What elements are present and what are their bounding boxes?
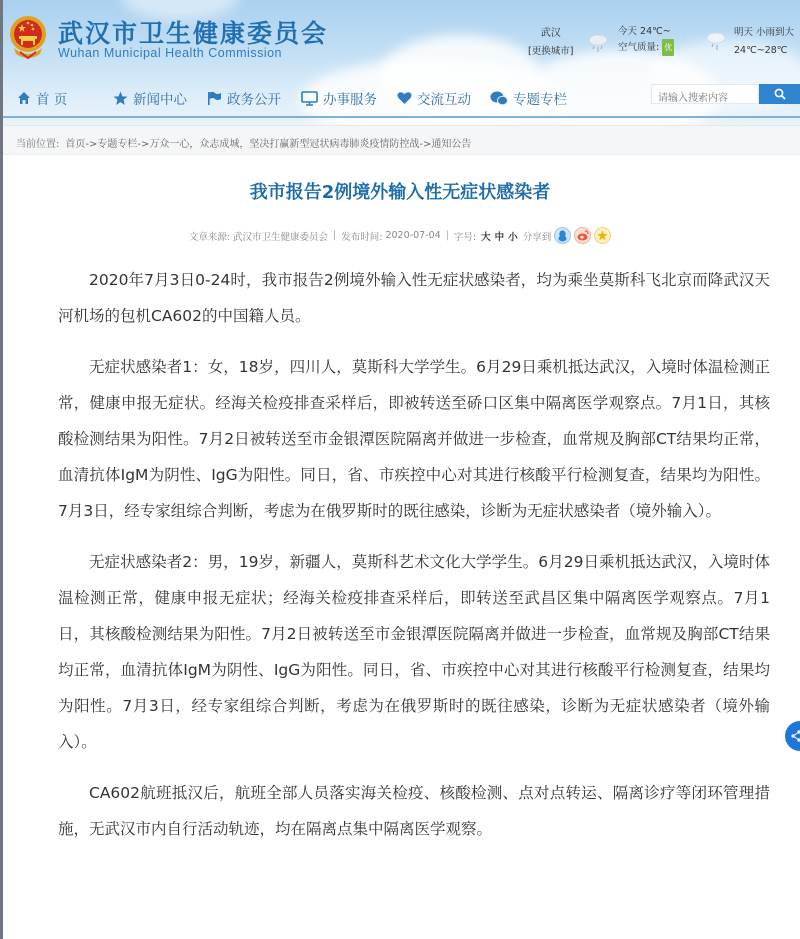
weather-today: 今天 24℃~ 空气质量: 优 xyxy=(618,24,674,56)
home-icon xyxy=(17,91,31,105)
window-left-border xyxy=(0,0,3,939)
qzone-star-icon xyxy=(597,230,608,241)
today-temp: 24℃~ xyxy=(640,26,671,37)
breadcrumb-separator: -> xyxy=(137,139,149,150)
search-input[interactable]: 请输入搜索内容 xyxy=(651,84,759,104)
weather-tomorrow: 明天 小雨到大 24℃~28℃ xyxy=(734,24,794,60)
article-body: 2020年7月3日0-24时，我市报告2例境外输入性无症状感染者，均为乘坐莫斯科… xyxy=(58,262,770,862)
article-paragraph: 2020年7月3日0-24时，我市报告2例境外输入性无症状感染者，均为乘坐莫斯科… xyxy=(58,262,770,334)
nav-label: 交流互动 xyxy=(417,88,471,108)
search-icon xyxy=(774,88,786,100)
chat-bubbles-icon xyxy=(490,91,508,106)
search-button[interactable] xyxy=(759,84,800,104)
font-size-medium-button[interactable]: 中 xyxy=(495,229,505,243)
tomorrow-weather: 小雨到大 xyxy=(756,27,794,38)
national-emblem-icon xyxy=(8,14,48,62)
font-size-label: 字号: xyxy=(454,229,476,243)
breadcrumb-special-topics[interactable]: 专题专栏 xyxy=(97,139,137,150)
nav-label: 专题专栏 xyxy=(513,88,567,108)
air-quality-label: 空气质量: xyxy=(618,42,659,53)
share-qq-button[interactable] xyxy=(554,227,571,244)
share-icon xyxy=(791,730,800,742)
meta-separator: | xyxy=(333,230,336,241)
breadcrumb-separator: -> xyxy=(85,139,97,150)
weather-city: 武汉 [更换城市] xyxy=(528,24,573,57)
source-label: 文章来源: xyxy=(189,229,230,243)
city-name: 武汉 xyxy=(528,24,573,39)
star-icon xyxy=(113,91,128,106)
nav-item-gov-affairs[interactable]: 政务公开 xyxy=(207,88,281,108)
meta-separator: | xyxy=(446,230,449,241)
site-header: 武汉市卫生健康委员会 Wuhan Municipal Health Commis… xyxy=(0,0,800,125)
article-paragraph: 无症状感染者2：男，19岁，新疆人，莫斯科艺术文化大学学生。6月29日乘机抵达武… xyxy=(58,544,770,760)
tomorrow-temp: 24℃~28℃ xyxy=(734,42,794,60)
nav-label: 新闻中心 xyxy=(133,88,187,108)
source-value: 武汉市卫生健康委员会 xyxy=(233,229,328,243)
article-meta: 文章来源: 武汉市卫生健康委员会 | 发布时间: 2020-07-04 | 字号… xyxy=(0,227,800,244)
flag-icon xyxy=(207,91,222,106)
monitor-icon xyxy=(301,91,318,106)
article-paragraph: CA602航班抵汉后，航班全部人员落实海关检疫、核酸检测、点对点转运、隔离诊疗等… xyxy=(58,775,770,847)
breadcrumb: 当前位置:首页->专题专栏->万众一心，众志成城，坚决打赢新型冠状病毒肺炎疫情防… xyxy=(16,135,471,150)
rain-cloud-icon xyxy=(703,28,729,54)
share-label: 分享到 xyxy=(523,229,552,243)
nav-item-news[interactable]: 新闻中心 xyxy=(113,88,187,108)
site-title-cn: 武汉市卫生健康委员会 xyxy=(58,14,328,50)
nav-label: 办事服务 xyxy=(323,88,377,108)
font-size-large-button[interactable]: 大 xyxy=(481,229,491,243)
share-weibo-button[interactable] xyxy=(574,227,591,244)
today-label: 今天 xyxy=(618,26,637,37)
air-quality-badge: 优 xyxy=(662,39,674,56)
breadcrumb-separator: -> xyxy=(419,139,431,150)
breadcrumb-label: 当前位置: xyxy=(16,139,59,150)
rain-cloud-icon xyxy=(585,30,611,56)
share-qzone-button[interactable] xyxy=(594,227,611,244)
tomorrow-label: 明天 xyxy=(734,27,753,38)
nav-label: 首 页 xyxy=(36,88,67,108)
nav-item-interaction[interactable]: 交流互动 xyxy=(397,88,471,108)
floating-share-button[interactable] xyxy=(785,721,800,751)
breadcrumb-bar: 当前位置:首页->专题专栏->万众一心，众志成城，坚决打赢新型冠状病毒肺炎疫情防… xyxy=(0,125,800,155)
nav-divider xyxy=(0,116,800,118)
publish-date: 2020-07-04 xyxy=(385,230,440,241)
nav-label: 政务公开 xyxy=(227,88,281,108)
heart-icon xyxy=(397,91,412,105)
breadcrumb-home[interactable]: 首页 xyxy=(65,139,85,150)
article-paragraph: 无症状感染者1：女，18岁，四川人，莫斯科大学学生。6月29日乘机抵达武汉，入境… xyxy=(58,349,770,529)
weibo-icon xyxy=(577,230,589,241)
change-city-link[interactable]: [更换城市] xyxy=(528,43,573,57)
font-size-small-button[interactable]: 小 xyxy=(508,229,518,243)
breadcrumb-epidemic-topic[interactable]: 万众一心，众志成城，坚决打赢新型冠状病毒肺炎疫情防控战 xyxy=(149,139,419,150)
date-label: 发布时间: xyxy=(341,229,382,243)
nav-item-services[interactable]: 办事服务 xyxy=(301,88,377,108)
nav-item-home[interactable]: 首 页 xyxy=(17,88,67,108)
breadcrumb-notices[interactable]: 通知公告 xyxy=(431,139,471,150)
qq-penguin-icon xyxy=(557,230,568,242)
site-title-en: Wuhan Municipal Health Commission xyxy=(58,46,282,60)
nav-item-special-topics[interactable]: 专题专栏 xyxy=(490,88,567,108)
article-title: 我市报告2例境外输入性无症状感染者 xyxy=(0,178,800,204)
